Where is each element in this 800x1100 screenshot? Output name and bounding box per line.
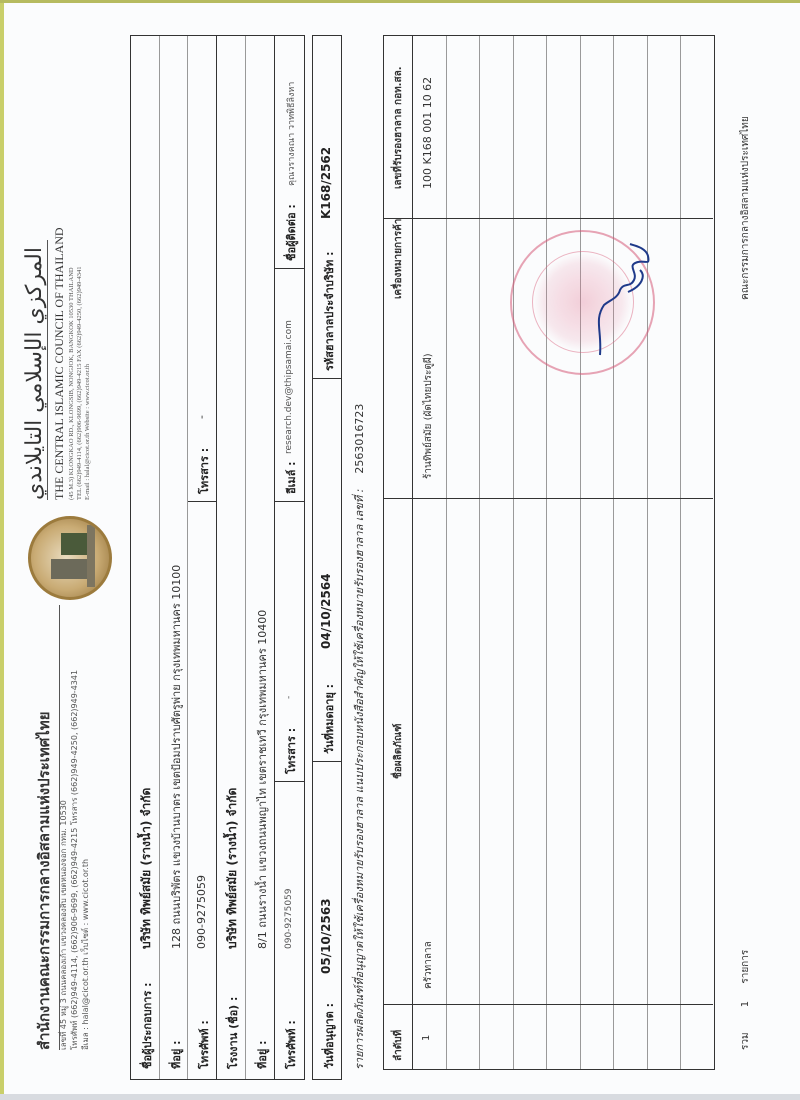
factory-email-value: research.dev@thipsamai.com (284, 320, 294, 454)
row-product: ครัวทาลาล (421, 941, 436, 989)
thai-web-line: อีเมล : halal@cicot.or.th เว็บไซต์ : www… (80, 605, 91, 1050)
issuer-footer: คณะกรรมการกลางอิสลามแห่งประเทศไทย (738, 116, 753, 300)
total-count: 1 (740, 1001, 751, 1007)
english-address-line: (45 M.3) KLONGKAO RD., KLONGSIB, NONGJOK… (68, 230, 76, 500)
divider (275, 781, 304, 782)
factory-address-row: ที่อยู่ : 8/1 ถนนรางน้ำ แขวงถนนพญาไท เขต… (246, 36, 275, 1079)
table-row (680, 36, 714, 1069)
factory-fax-label: โทรสาร : (282, 728, 300, 774)
factory-name-row: โรงงาน (ชื่อ) : บริษัท ทิพย์สมัย (รางน้ำ… (217, 36, 246, 1079)
divider (275, 268, 304, 269)
english-org-address: (45 M.3) KLONGKAO RD., KLONGSIB, NONGJOK… (68, 230, 92, 500)
factory-address-value: 8/1 ถนนรางน้ำ แขวงถนนพญาไท เขตราชเทวี กร… (253, 610, 271, 949)
divider (313, 378, 341, 379)
factory-contact-label: ชื่อผู้ติดต่อ : (282, 204, 300, 261)
thai-org-address: เลขที่ 45 หมู่ 3 ถนนคลองเก้า แขวงคลองสิบ… (58, 605, 91, 1050)
table-row (647, 36, 682, 1069)
arabic-title: المجلس المركزي الإسلامي التايلاندي (22, 240, 48, 500)
company-code-value: K168/2562 (319, 147, 333, 219)
column-divider (384, 1004, 713, 1005)
expire-date-label: วันที่หมดอายุ : (320, 684, 338, 754)
factory-fax-value: - (284, 696, 294, 699)
license-note: รายการผลิตภัณฑ์ที่อนุญาตให้ใช้เครื่องหมา… (348, 404, 368, 1070)
total-summary: รวม 1 รายการ (738, 950, 753, 1050)
english-contact-line: TEL (662)949-4114, (662)906-9699, (662)9… (76, 230, 84, 500)
column-divider (384, 498, 713, 499)
table-row (446, 36, 481, 1069)
english-web-line: E-mail : halal@cicot.or.th Website : www… (84, 230, 92, 500)
english-org-title: THE CENTRAL ISLAMIC COUNCIL OF THAILAND (52, 230, 67, 500)
row-halal-no: 100 K168 001 10 62 (421, 77, 434, 189)
factory-email-label: อีเมล์ : (282, 461, 300, 494)
header-halal-no: เลขที่รับรองฮาลาล กอท.สล. (391, 66, 406, 189)
divider (188, 501, 217, 502)
certificate-page: สำนักงานคณะกรรมการกลางอิสลามแห่งประเทศไท… (0, 0, 800, 1100)
factory-phone-value: 090-9275059 (284, 888, 294, 949)
divider (313, 761, 341, 762)
thai-contact-line: โทรศัพท์ (662)949-4114, (662)906-9699, (… (69, 605, 80, 1050)
row-brand: ร้านทิพย์สมัย (ผัดไทยประตูผี) (421, 353, 436, 479)
row-no: 1 (421, 1035, 432, 1041)
divider (275, 501, 304, 502)
table-row (513, 36, 548, 1069)
factory-name-label: โรงงาน (ชื่อ) : (224, 997, 242, 1069)
header-no: ลำดับที่ (391, 1030, 406, 1061)
operator-address-label: ที่อยู่ : (167, 1040, 185, 1069)
cicot-logo (28, 516, 112, 600)
signature (590, 240, 660, 360)
operator-address-value: 128 ถนนบริพัตร แขวงบ้านบาตร เขตป้อมปราบศ… (167, 565, 185, 949)
table-row (613, 36, 648, 1069)
operator-name-value: บริษัท ทิพย์สมัย (รางน้ำ) จำกัด (137, 788, 156, 949)
thai-address-line: เลขที่ 45 หมู่ 3 ถนนคลองเก้า แขวงคลองสิบ… (58, 605, 69, 1050)
license-dates-box: วันที่อนุญาต : 05/10/2563 วันที่หมดอายุ … (312, 35, 342, 1080)
company-code-label: รหัสฮาลาลประจำบริษัท : (320, 252, 338, 371)
factory-name-value: บริษัท ทิพย์สมัย (รางน้ำ) จำกัด (223, 788, 242, 949)
operator-fax-label: โทรสาร : (195, 448, 213, 494)
expire-date-value: 04/10/2564 (319, 573, 333, 649)
table-header-row: ลำดับที่ ชื่อผลิตภัณฑ์ เครื่องหมายการค้า… (384, 36, 413, 1069)
operator-fax-value: - (195, 415, 208, 419)
header-product: ชื่อผลิตภัณฑ์ (391, 724, 406, 779)
operator-name-label: ชื่อผู้ประกอบการ : (138, 982, 156, 1069)
factory-contact-value: คุณวรางคณา วาทพิธีลิงหา (284, 82, 298, 186)
table-row: 1ครัวทาลาลร้านทิพย์สมัย (ผัดไทยประตูผี)1… (412, 36, 447, 1069)
factory-contact-row: โทรศัพท์ : 090-9275059 โทรสาร : - อีเมล์… (275, 36, 304, 1079)
license-note-text: รายการผลิตภัณฑ์ที่อนุญาตให้ใช้เครื่องหมา… (353, 489, 366, 1070)
operator-name-row: ชื่อผู้ประกอบการ : บริษัท ทิพย์สมัย (ราง… (131, 36, 160, 1079)
operator-phone-row: โทรศัพท์ : 090-9275059 โทรสาร : - (188, 36, 217, 1079)
product-table: ลำดับที่ ชื่อผลิตภัณฑ์ เครื่องหมายการค้า… (383, 35, 715, 1070)
total-label: รวม (740, 1032, 751, 1050)
table-row (580, 36, 615, 1069)
thai-org-title: สำนักงานคณะกรรมการกลางอิสลามแห่งประเทศไท… (32, 605, 60, 1050)
total-unit: รายการ (740, 950, 751, 984)
operator-phone-value: 090-9275059 (195, 875, 208, 949)
table-row (479, 36, 514, 1069)
issue-date-value: 05/10/2563 (319, 898, 333, 974)
table-row (546, 36, 581, 1069)
operator-address-row: ที่อยู่ : 128 ถนนบริพัตร แขวงบ้านบาตร เข… (160, 36, 188, 1079)
header-brand: เครื่องหมายการค้า (391, 219, 406, 299)
cert-number: 2563016723 (353, 404, 366, 474)
company-info-box: ชื่อผู้ประกอบการ : บริษัท ทิพย์สมัย (ราง… (130, 35, 305, 1080)
factory-phone-label: โทรศัพท์ : (282, 1020, 300, 1069)
issue-date-label: วันที่อนุญาต : (320, 1003, 338, 1069)
operator-phone-label: โทรศัพท์ : (195, 1020, 213, 1069)
factory-address-label: ที่อยู่ : (253, 1040, 271, 1069)
column-divider (384, 218, 713, 219)
